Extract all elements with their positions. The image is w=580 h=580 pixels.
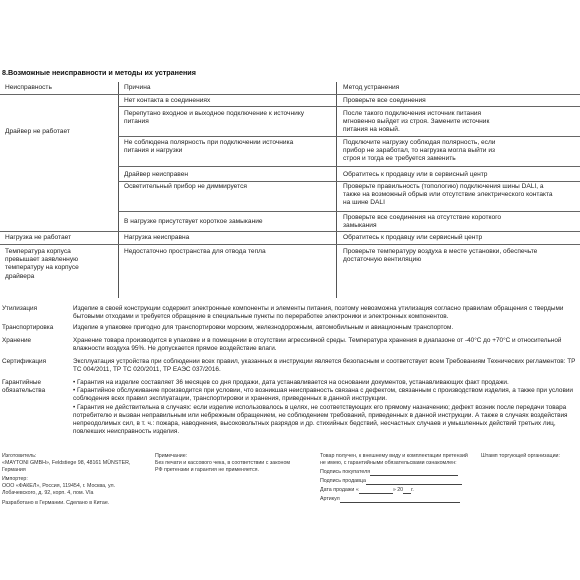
seller-signature-field[interactable]: Подпись продавца xyxy=(320,478,470,485)
manufacturer-block: Изготовитель: «MAYTONI GMBH», Feldstiege… xyxy=(2,453,142,507)
buyer-signature-field[interactable]: Подпись покупателя xyxy=(320,469,470,476)
stamp-block: Штамп торгующей организации: xyxy=(481,453,579,460)
note-block: Примечание: Без печати и кассового чека,… xyxy=(155,453,295,474)
header-fault: Неисправность xyxy=(5,84,115,92)
receipt-block: Товар получен, к внешнему виду и комплек… xyxy=(320,453,470,503)
column-divider xyxy=(118,82,119,298)
fault-load-not-working: Нагрузка не работает xyxy=(5,234,115,242)
article-field[interactable]: Артикул xyxy=(320,496,470,503)
sale-date-field[interactable]: Дата продажи «» 20г. xyxy=(320,487,470,494)
fault-overheating: Температура корпуса превышает заявленную… xyxy=(5,248,100,281)
fault-driver-not-working: Драйвер не работает xyxy=(5,128,115,136)
header-cause: Причина xyxy=(124,84,324,92)
column-divider xyxy=(336,82,337,298)
section-title: 8.Возможные неисправности и методы их ус… xyxy=(2,68,196,77)
header-fix: Метод устранения xyxy=(343,84,578,92)
